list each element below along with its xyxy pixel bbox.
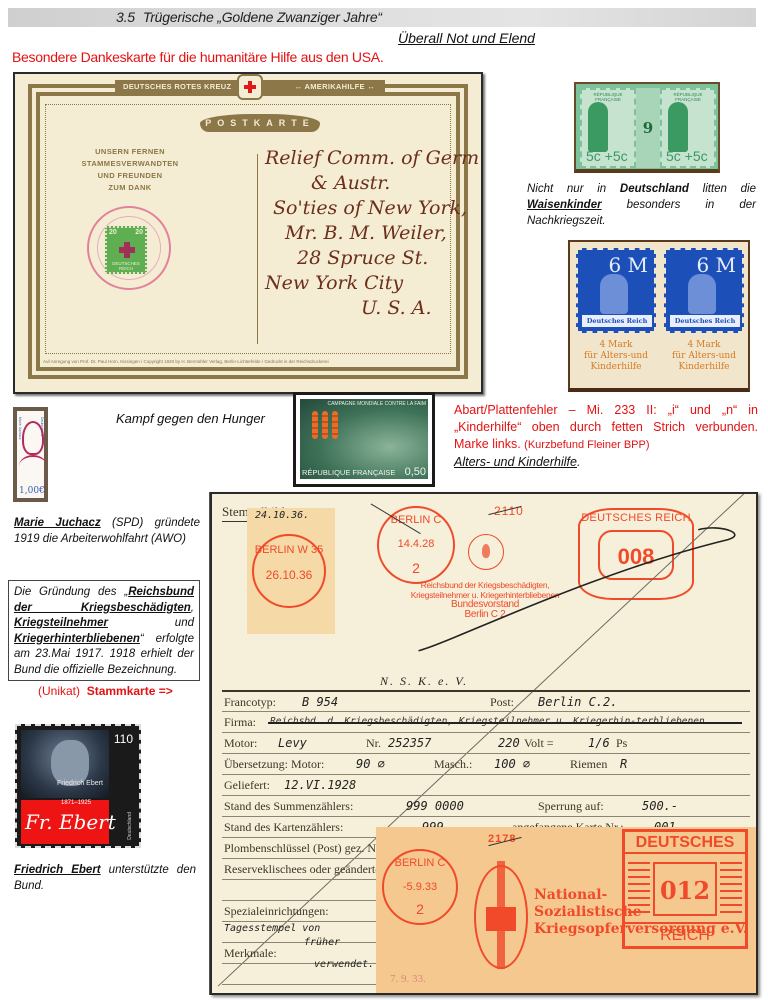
field-label: Stand des Summenzählers:	[224, 796, 353, 816]
field-label: Geliefert:	[224, 775, 270, 795]
ornament-lines	[628, 862, 650, 918]
subtitle-text: Alters- und Kinderhilfe	[454, 455, 577, 469]
dedication-line: ZUM DANK	[55, 182, 205, 194]
postmark-number: 2	[384, 901, 456, 917]
field-label: Plombenschlüssel (Post) gez. Nr.:	[224, 838, 386, 858]
postmark-berlin-c-1933: BERLIN C -5.9.33 2	[382, 849, 458, 925]
band-left-text: DEUTSCHES ROTES KREUZ	[123, 80, 231, 94]
stamp-name: Friedrich Ebert	[57, 780, 103, 787]
stamp-country: Deutschland	[127, 812, 133, 840]
postcard-caption: Besondere Dankeskarte für die humanitäre…	[12, 49, 383, 65]
cross-icon	[486, 907, 516, 931]
postmark-date: -5.9.33	[384, 881, 456, 893]
orphan-stamp: RÉPUBLIQUE FRANÇAISE 5c +5c	[660, 88, 716, 168]
address-line: So'ties of New York,	[265, 196, 465, 221]
portrait-photo	[21, 730, 109, 798]
field-label: Motor:	[224, 733, 257, 753]
page-subtitle: Überall Not und Elend	[398, 30, 535, 46]
field-value: Berlin C.2.	[538, 692, 617, 712]
stamp-value: 5c +5c	[666, 148, 708, 164]
ornament-lines	[720, 862, 742, 918]
section-title: 3.5Trügerische „Goldene Zwanziger Jahre“	[116, 9, 382, 25]
box-text: Die Gründung des „	[14, 586, 128, 598]
franking-die-1933: DEUTSCHES 012 REICH	[622, 829, 748, 949]
postcard-dedication: UNSERN FERNEN STAMMESVERWANDTEN UND FREU…	[55, 146, 205, 194]
red-cross-icon	[244, 81, 256, 93]
stamp-value: 20	[135, 229, 143, 236]
tab-line: für Alters-und	[664, 351, 744, 362]
portrait-shoulders-icon	[19, 455, 47, 477]
kneeling-figure-icon	[688, 274, 716, 314]
stamp-country: Deutsches Reich	[670, 315, 740, 327]
stamp-top-text: CAMPAGNE MONDIALE CONTRE LA FAIM	[300, 401, 428, 407]
abart-subtitle: Alters- und Kinderhilfe.	[454, 455, 580, 469]
germania-stamp: 20 20 DEUTSCHES REICH	[105, 226, 147, 274]
stamp-tab-text: 4 Mark für Alters-und Kinderhilfe	[576, 340, 656, 373]
kneeling-figure-icon	[600, 274, 628, 314]
signature: Fr. Ebert	[25, 810, 116, 834]
field-value: 500.-	[642, 796, 678, 816]
plate-flaw-description: Abart/Plattenfehler – Mi. 233 II: „i“ un…	[454, 402, 758, 471]
tab-line: 4 Mark	[664, 340, 744, 351]
franking-footer: REICH	[625, 922, 745, 946]
hunger-caption: Kampf gegen den Hunger	[116, 411, 265, 426]
stamp-value: 6 M	[608, 254, 648, 276]
address-line: Relief Comm. of Germ	[265, 146, 465, 171]
juchacz-stamp: Marie Juchacz Deutschland 1,00€	[13, 407, 48, 503]
wheat-icon	[332, 411, 338, 439]
field-value: 100 ⌀	[494, 754, 530, 774]
field-label: Volt =	[524, 733, 554, 753]
address-line: 28 Spruce St.	[265, 246, 465, 271]
juchacz-caption: Marie Juchacz (SPD) gründete 1919 die Ar…	[14, 515, 200, 547]
orphan-caption: Nicht nur in Deutschland litten die Wais…	[527, 181, 756, 229]
stamp-bottom: RÉPUBLIQUE FRANÇAISE0,50	[300, 468, 428, 477]
stamp-value: 6 M	[696, 254, 736, 276]
red-cross-overprint-icon	[119, 242, 135, 258]
note-line: Tagesstempel von	[224, 922, 374, 936]
address-line: New York City	[265, 271, 465, 296]
caption-name: Friedrich Ebert	[14, 864, 101, 876]
stammkarte-label: (Unikat) Stammkarte =>	[38, 684, 173, 698]
orphan-figure-icon	[668, 102, 688, 152]
form-row-uebersetzung: Übersetzung: Motor: 90 ⌀ Masch.: 100 ⌀ R…	[222, 753, 750, 774]
field-value: 1/6	[588, 733, 610, 753]
red-cross-postcard: DEUTSCHES ROTES KREUZ ↔ AMERIKAHILFE ↔ P…	[13, 72, 483, 394]
caption-text: Nicht nur in	[527, 183, 620, 195]
hunger-campaign-stamp: CAMPAGNE MONDIALE CONTRE LA FAIM RÉPUBLI…	[293, 392, 435, 487]
wheat-icon	[312, 411, 318, 439]
caption-orphans: Waisenkinder	[527, 199, 602, 211]
band-right-text: ↔ AMERIKAHILFE ↔	[295, 80, 375, 94]
box-name: Kriegerhinterbliebenen	[14, 633, 140, 645]
stamp-years: 1871–1925	[61, 800, 91, 806]
box-name: Kriegsteilnehmer	[14, 617, 108, 629]
orphan-figure-icon	[588, 102, 608, 152]
field-label: Ps	[616, 733, 627, 753]
unikat-text: (Unikat)	[38, 684, 80, 698]
handwritten-nskov: N. S. K. e. V.	[380, 674, 468, 689]
address-line: Mr. B. M. Weiler,	[265, 221, 465, 246]
kinderhilfe-stamp: 6 M Deutsches Reich 4 Mark für Alters-un…	[576, 248, 656, 388]
box-text: ,	[191, 602, 194, 614]
postcard-imprint: Auf Anregung von Prof. Dr. Paul Horn, Ki…	[43, 359, 329, 364]
stamp-frame: Marie Juchacz Deutschland 1,00€	[13, 407, 48, 502]
tab-line: für Alters-und	[576, 351, 656, 362]
wheat-icon	[322, 411, 328, 439]
field-label: Firma:	[224, 712, 256, 732]
field-value: 999 0000	[406, 796, 464, 816]
field-value: 252357	[388, 733, 431, 753]
form-row-motor: Motor: Levy Nr. 252357 220 Volt = 1/6 Ps	[222, 732, 750, 753]
field-label: Riemen	[570, 754, 607, 774]
field-label: Masch.:	[434, 754, 472, 774]
franking-value: 012	[653, 862, 717, 916]
note-line: früher	[224, 936, 374, 950]
stamp-image: 6 M Deutsches Reich	[576, 248, 656, 333]
stamp-country: DEUTSCHES REICH	[107, 261, 145, 271]
field-value: 220	[498, 733, 520, 753]
ebert-stamp: Friedrich Ebert 1871–1925 Fr. Ebert 110 …	[15, 724, 141, 848]
postkarte-banner: POSTKARTE	[200, 114, 320, 132]
field-value: R	[620, 754, 627, 774]
field-label: Francotyp:	[224, 692, 276, 712]
orphan-stamp: RÉPUBLIQUE FRANÇAISE 5c +5c	[580, 88, 636, 168]
field-value: Levy	[278, 733, 307, 753]
abart-note: (Kurzbefund Fleiner BPP)	[524, 439, 649, 451]
address-line: & Austr.	[265, 171, 465, 196]
note-line: verwendet.	[224, 958, 374, 972]
postcard-divider	[257, 154, 258, 344]
stamp-tab-text: 4 Mark für Alters-und Kinderhilfe	[664, 340, 744, 373]
caption-country: Deutschland	[620, 183, 689, 195]
stamp-value: 110	[114, 732, 133, 746]
stamp-header: RÉPUBLIQUE FRANÇAISE	[662, 92, 714, 102]
stamp-value: 20	[109, 229, 117, 236]
section-title-text: Trügerische „Goldene Zwanziger Jahre“	[143, 9, 382, 25]
reichsbund-info-box: Die Gründung des „Reichsbund der Kriegsb…	[8, 580, 200, 681]
form-row-firma: Firma: Reichsbd. d. Kriegsbeschädigten, …	[222, 711, 750, 732]
merkmale-handwritten-note: Tagesstempel von früher verwendet.	[224, 922, 374, 972]
dedication-line: UND FREUNDEN	[55, 170, 205, 182]
field-label: Stand des Kartenzählers:	[224, 817, 343, 837]
address-line: U. S. A.	[265, 296, 465, 321]
cutout-nskov-meter: BERLIN C -5.9.33 2 2178 National- Sozial…	[376, 827, 756, 993]
field-label: Sperrung auf:	[538, 796, 604, 816]
dedication-line: UNSERN FERNEN	[55, 146, 205, 158]
caption-text: litten die	[689, 183, 756, 195]
stamp-image: CAMPAGNE MONDIALE CONTRE LA FAIM RÉPUBLI…	[300, 399, 428, 479]
stamp-country: Deutsches Reich	[582, 315, 652, 327]
tab-line: 4 Mark	[576, 340, 656, 351]
field-label: Post:	[490, 692, 514, 712]
field-label: Übersetzung: Motor:	[224, 754, 324, 774]
postmark-city: BERLIN C	[384, 857, 456, 869]
orphan-stamp-pair: RÉPUBLIQUE FRANÇAISE 5c +5c 9 RÉPUBLIQUE…	[574, 82, 720, 173]
field-value: 12.VI.1928	[284, 775, 356, 795]
ebert-caption: Friedrich Ebert unterstützte den Bund.	[14, 862, 196, 894]
red-cross-emblem	[237, 74, 263, 100]
stamp-image: 6 M Deutsches Reich	[664, 248, 744, 333]
gutter-number: 9	[636, 88, 660, 168]
franking-header: DEUTSCHES	[625, 832, 745, 854]
stamp-value: 1,00€	[19, 486, 45, 496]
stammkarte-registry-card: Stempelbild 24.10.36. BERLIN W 35 26.10.…	[210, 492, 758, 995]
form-row-francotyp: Francotyp: B 954 Post: Berlin C.2.	[222, 690, 750, 711]
section-number: 3.5	[116, 9, 135, 25]
field-value: B 954	[302, 692, 338, 712]
stamp-value: 5c +5c	[586, 148, 628, 164]
caption-name: Marie Juchacz	[14, 517, 101, 529]
stamp-value: 0,50	[405, 468, 428, 477]
kinderhilfe-stamp-pair: 6 M Deutsches Reich 4 Mark für Alters-un…	[568, 240, 750, 392]
kinderhilfe-stamp: 6 M Deutsches Reich 4 Mark für Alters-un…	[664, 248, 744, 388]
dedication-line: STAMMESVERWANDTEN	[55, 158, 205, 170]
strikethrough	[268, 722, 742, 724]
field-value: 90 ⌀	[356, 754, 385, 774]
stamp-header: RÉPUBLIQUE FRANÇAISE	[582, 92, 634, 102]
field-label: Nr.	[366, 733, 381, 753]
stammkarte-arrow-text: Stammkarte =>	[87, 684, 173, 698]
tab-line: Kinderhilfe	[664, 362, 744, 373]
field-label: Spezialeinrichtungen:	[224, 901, 329, 921]
portrait-icon	[22, 421, 44, 455]
box-text: und	[108, 617, 194, 629]
stamp-country: RÉPUBLIQUE FRANÇAISE	[302, 468, 395, 477]
tab-line: Kinderhilfe	[576, 362, 656, 373]
handwritten-address: Relief Comm. of Germ & Austr. So'ties of…	[265, 146, 465, 321]
receipt-date: 7. 9. 33.	[390, 973, 426, 985]
form-row-geliefert: Geliefert: 12.VI.1928	[222, 774, 750, 795]
nskov-badge-icon	[474, 865, 528, 969]
form-row-summenzaehler: Stand des Summenzählers: 999 0000 Sperru…	[222, 795, 750, 816]
